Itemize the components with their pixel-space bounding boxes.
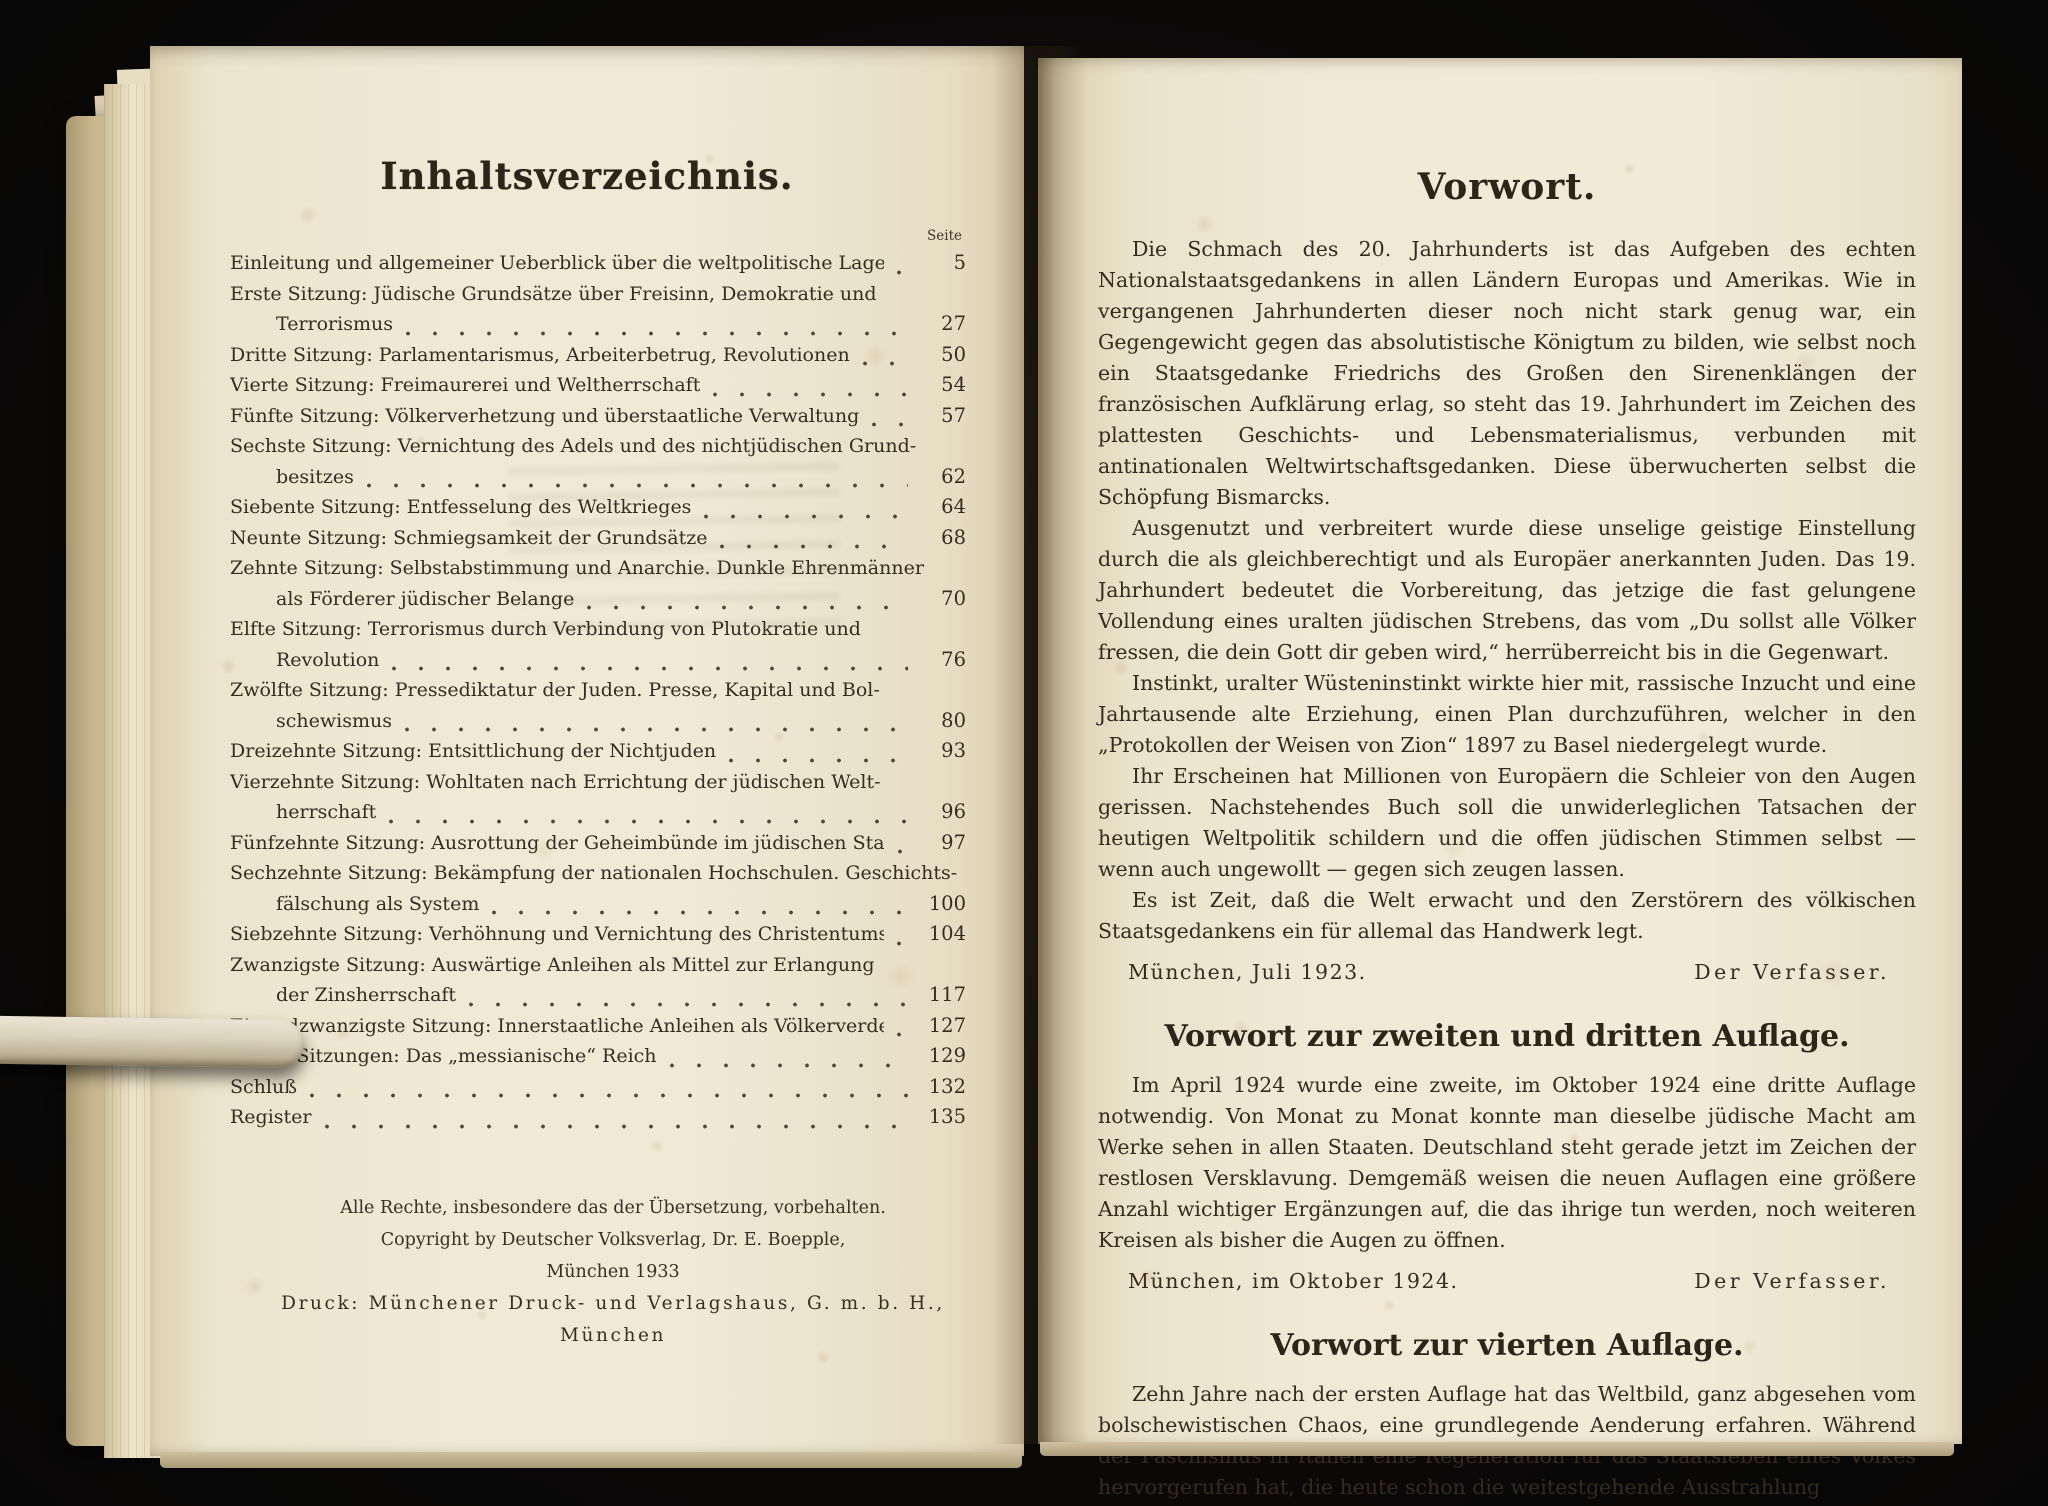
dot-leader bbox=[468, 1001, 908, 1008]
toc-page-number: 64 bbox=[914, 492, 966, 523]
signoff-author: Der Verfasser. bbox=[1694, 955, 1890, 989]
toc-entry-text: Register bbox=[230, 1102, 312, 1133]
toc-page-number: 97 bbox=[914, 828, 966, 859]
dot-leader bbox=[309, 1092, 908, 1099]
toc-entry-text: Zehnte Sitzung: Selbstabstimmung und Ana… bbox=[230, 553, 924, 584]
toc-page-number: 127 bbox=[914, 1011, 966, 1042]
toc-page-number: 70 bbox=[914, 584, 966, 615]
toc-entry: Dreizehnte Sitzung: Entsittlichung der N… bbox=[230, 736, 966, 767]
toc-entry-text: Elfte Sitzung: Terrorismus durch Verbind… bbox=[230, 614, 861, 645]
toc-entry-text: Einundzwanzigste Sitzung: Innerstaatlich… bbox=[230, 1011, 884, 1042]
toc-page-number: 100 bbox=[914, 889, 966, 920]
paragraph: Ausgenutzt und verbreitert wurde diese u… bbox=[1098, 513, 1916, 668]
paragraph: Ihr Erscheinen hat Millionen von Europäe… bbox=[1098, 761, 1916, 885]
dot-leader bbox=[862, 360, 908, 367]
toc-page-number: 117 bbox=[914, 980, 966, 1011]
dot-leader bbox=[404, 726, 908, 733]
toc-entry: Dritte Sitzung: Parlamentarismus, Arbeit… bbox=[230, 340, 966, 371]
imprint-block: Alle Rechte, insbesondere das der Überse… bbox=[230, 1192, 996, 1352]
toc-entry: Terrorismus27 bbox=[230, 309, 966, 340]
pointer-stick bbox=[0, 1016, 304, 1068]
dot-leader bbox=[728, 757, 908, 764]
dot-leader bbox=[896, 940, 908, 947]
toc-page-number: 132 bbox=[914, 1072, 966, 1103]
toc-entry: Vierte Sitzung: Freimaurerei und Welther… bbox=[230, 370, 966, 401]
toc-entry-text: Erste Sitzung: Jüdische Grundsätze über … bbox=[230, 279, 877, 310]
signoff-row: München, Juli 1923.Der Verfasser. bbox=[1128, 955, 1890, 989]
toc-list: Einleitung und allgemeiner Ueberblick üb… bbox=[230, 248, 966, 1133]
dot-leader bbox=[669, 1062, 908, 1069]
signoff-place: München, Juli 1923. bbox=[1128, 955, 1367, 989]
toc-page-number: 76 bbox=[914, 645, 966, 676]
paragraph: Es ist Zeit, daß die Welt erwacht und de… bbox=[1098, 885, 1916, 947]
toc-entry-text: Vierte Sitzung: Freimaurerei und Welther… bbox=[230, 370, 700, 401]
toc-entry: Erste Sitzung: Jüdische Grundsätze über … bbox=[230, 279, 966, 310]
paragraph: Im April 1924 wurde eine zweite, im Okto… bbox=[1098, 1070, 1916, 1256]
imprint-line: Druck: Münchener Druck- und Verlagshaus,… bbox=[230, 1288, 996, 1352]
toc-entry-text: als Förderer jüdischer Belange bbox=[276, 584, 574, 615]
toc-entry: Fünfzehnte Sitzung: Ausrottung der Gehei… bbox=[230, 828, 966, 859]
toc-entry: Zwölfte Sitzung: Pressediktatur der Jude… bbox=[230, 675, 966, 706]
toc-page-number: 50 bbox=[914, 340, 966, 371]
toc-entry-text: Schluß bbox=[230, 1072, 297, 1103]
toc-entry: besitzes62 bbox=[230, 462, 966, 493]
signoff-place: München, im Oktober 1924. bbox=[1128, 1264, 1459, 1298]
toc-entry-text: Dreizehnte Sitzung: Entsittlichung der N… bbox=[230, 736, 716, 767]
dot-leader bbox=[703, 513, 908, 520]
toc-entry: Neunte Sitzung: Schmiegsamkeit der Grund… bbox=[230, 523, 966, 554]
paragraph: Zehn Jahre nach der ersten Auflage hat d… bbox=[1098, 1379, 1916, 1503]
toc-page-number: 62 bbox=[914, 462, 966, 493]
dot-leader bbox=[586, 604, 908, 611]
toc-page-number: 93 bbox=[914, 736, 966, 767]
left-page: Inhaltsverzeichnis. Seite Einleitung und… bbox=[150, 46, 1024, 1456]
toc-entry-text: Zwölfte Sitzung: Pressediktatur der Jude… bbox=[230, 675, 880, 706]
toc-page-number: 104 bbox=[914, 919, 966, 950]
section-heading: Vorwort zur vierten Auflage. bbox=[1098, 1328, 1916, 1363]
toc-title: Inhaltsverzeichnis. bbox=[150, 46, 1024, 198]
toc-entry: Letzte Sitzungen: Das „messianische“ Rei… bbox=[230, 1041, 966, 1072]
toc-entry-text: Sechste Sitzung: Vernichtung des Adels u… bbox=[230, 431, 916, 462]
dot-leader bbox=[366, 482, 908, 489]
toc-entry-text: Siebente Sitzung: Entfesselung des Weltk… bbox=[230, 492, 691, 523]
right-page: Vorwort.Die Schmach des 20. Jahrhunderts… bbox=[1038, 58, 1962, 1444]
toc-entry: herrschaft96 bbox=[230, 797, 966, 828]
toc-entry-text: Siebzehnte Sitzung: Verhöhnung und Verni… bbox=[230, 919, 884, 950]
toc-page-number: 57 bbox=[914, 401, 966, 432]
toc-entry-text: Dritte Sitzung: Parlamentarismus, Arbeit… bbox=[230, 340, 850, 371]
toc-entry: Revolution76 bbox=[230, 645, 966, 676]
toc-entry: der Zinsherrschaft117 bbox=[230, 980, 966, 1011]
toc-entry: als Förderer jüdischer Belange70 bbox=[230, 584, 966, 615]
toc-page-number: 96 bbox=[914, 797, 966, 828]
toc-entry: Elfte Sitzung: Terrorismus durch Verbind… bbox=[230, 614, 966, 645]
toc-entry: Siebente Sitzung: Entfesselung des Weltk… bbox=[230, 492, 966, 523]
toc-page-number: 68 bbox=[914, 523, 966, 554]
toc-entry-text: Terrorismus bbox=[276, 309, 393, 340]
toc-page-number: 27 bbox=[914, 309, 966, 340]
signoff-row: München, im Oktober 1924.Der Verfasser. bbox=[1128, 1264, 1890, 1298]
toc-entry-text: Einleitung und allgemeiner Ueberblick üb… bbox=[230, 248, 884, 279]
imprint-line: Copyright by Deutscher Volksverlag, Dr. … bbox=[230, 1224, 996, 1256]
dot-leader bbox=[896, 1031, 908, 1038]
toc-entry: schewismus80 bbox=[230, 706, 966, 737]
toc-entry: Zwanzigste Sitzung: Auswärtige Anleihen … bbox=[230, 950, 966, 981]
imprint-line: München 1933 bbox=[230, 1256, 996, 1288]
dot-leader bbox=[719, 543, 908, 550]
dot-leader bbox=[871, 421, 908, 428]
section-heading: Vorwort zur zweiten und dritten Auflage. bbox=[1098, 1019, 1916, 1054]
toc-entry: fälschung als System100 bbox=[230, 889, 966, 920]
toc-entry: Einleitung und allgemeiner Ueberblick üb… bbox=[230, 248, 966, 279]
toc-page-number: 54 bbox=[914, 370, 966, 401]
signoff-author: Der Verfasser. bbox=[1694, 1264, 1890, 1298]
page-column-label: Seite bbox=[150, 228, 962, 244]
dot-leader bbox=[491, 909, 908, 916]
toc-entry-text: Zwanzigste Sitzung: Auswärtige Anleihen … bbox=[230, 950, 875, 981]
toc-entry: Fünfte Sitzung: Völkerverhetzung und übe… bbox=[230, 401, 966, 432]
toc-entry: Sechste Sitzung: Vernichtung des Adels u… bbox=[230, 431, 966, 462]
dot-leader bbox=[896, 269, 908, 276]
page-block-bottom-edge-left bbox=[160, 1452, 1022, 1468]
toc-entry: Einundzwanzigste Sitzung: Innerstaatlich… bbox=[230, 1011, 966, 1042]
dot-leader bbox=[324, 1123, 908, 1130]
toc-page-number: 129 bbox=[914, 1041, 966, 1072]
toc-entry-text: schewismus bbox=[276, 706, 392, 737]
paragraph: Die Schmach des 20. Jahrhunderts ist das… bbox=[1098, 234, 1916, 513]
foreword-content: Vorwort.Die Schmach des 20. Jahrhunderts… bbox=[1038, 58, 1962, 1444]
toc-entry: Schluß132 bbox=[230, 1072, 966, 1103]
toc-page-number: 5 bbox=[914, 248, 966, 279]
toc-entry-text: Fünfte Sitzung: Völkerverhetzung und übe… bbox=[230, 401, 859, 432]
toc-entry-text: Sechzehnte Sitzung: Bekämpfung der natio… bbox=[230, 858, 957, 889]
toc-entry: Zehnte Sitzung: Selbstabstimmung und Ana… bbox=[230, 553, 966, 584]
toc-entry: Siebzehnte Sitzung: Verhöhnung und Verni… bbox=[230, 919, 966, 950]
toc-entry-text: fälschung als System bbox=[276, 889, 479, 920]
toc-entry-text: der Zinsherrschaft bbox=[276, 980, 456, 1011]
toc-entry-text: Revolution bbox=[276, 645, 379, 676]
imprint-line: Alle Rechte, insbesondere das der Überse… bbox=[230, 1192, 996, 1224]
dot-leader bbox=[897, 848, 908, 855]
toc-entry-text: herrschaft bbox=[276, 797, 376, 828]
toc-entry: Sechzehnte Sitzung: Bekämpfung der natio… bbox=[230, 858, 966, 889]
dot-leader bbox=[712, 391, 908, 398]
photo-background: Inhaltsverzeichnis. Seite Einleitung und… bbox=[0, 0, 2048, 1506]
toc-entry-text: besitzes bbox=[276, 462, 354, 493]
dot-leader bbox=[391, 665, 908, 672]
toc-page-number: 135 bbox=[914, 1102, 966, 1133]
toc-entry-text: Vierzehnte Sitzung: Wohltaten nach Erric… bbox=[230, 767, 881, 798]
toc-page-number: 80 bbox=[914, 706, 966, 737]
toc-entry: Vierzehnte Sitzung: Wohltaten nach Erric… bbox=[230, 767, 966, 798]
foreword-title: Vorwort. bbox=[1098, 58, 1916, 208]
dot-leader bbox=[388, 818, 908, 825]
toc-entry-text: Fünfzehnte Sitzung: Ausrottung der Gehei… bbox=[230, 828, 885, 859]
toc-entry: Register135 bbox=[230, 1102, 966, 1133]
dot-leader bbox=[405, 330, 908, 337]
page-block-bottom-edge-right bbox=[1040, 1442, 1954, 1456]
toc-entry-text: Neunte Sitzung: Schmiegsamkeit der Grund… bbox=[230, 523, 707, 554]
paragraph: Instinkt, uralter Wüsteninstinkt wirkte … bbox=[1098, 668, 1916, 761]
